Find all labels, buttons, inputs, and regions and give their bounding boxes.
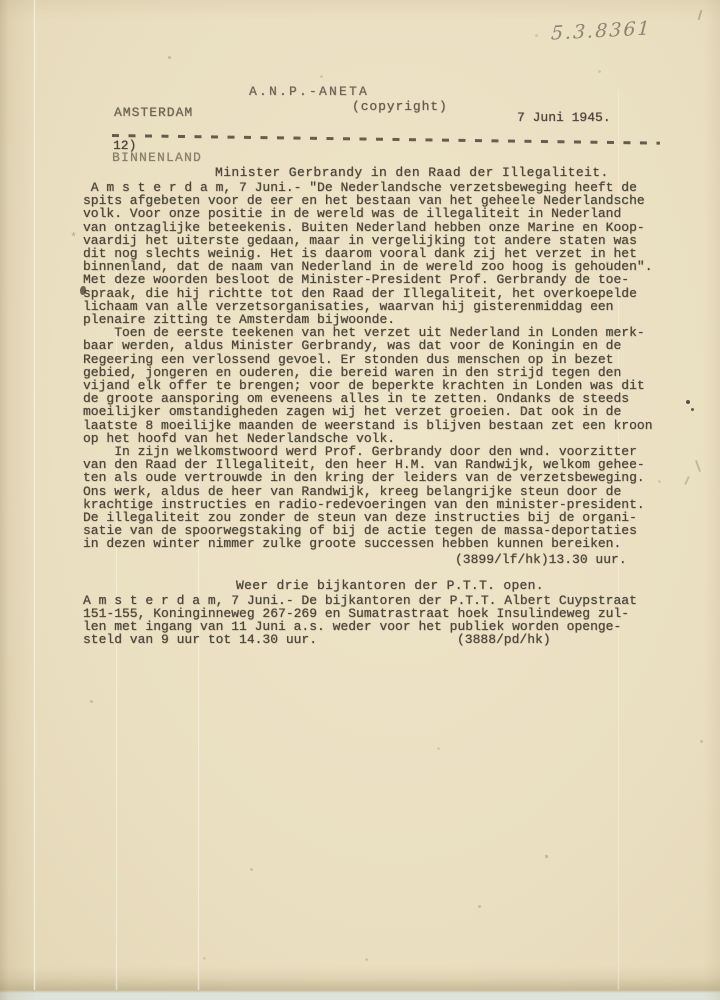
paper-specks	[0, 0, 1, 1]
margin-mark: *	[70, 231, 77, 245]
article-signoff: (3899/lf/hk)13.30 uur.	[455, 553, 627, 566]
typed-dash-separator	[112, 134, 660, 144]
document-page: * 5.3.8361 A.N.P.-ANETA (copyright) AMST…	[0, 0, 720, 1000]
margin-ink-dot	[686, 400, 690, 404]
section-label: BINNENLAND	[112, 151, 202, 164]
pencil-mark	[695, 460, 701, 472]
copyright-line: (copyright)	[352, 100, 448, 113]
article-body: A m s t e r d a m, 7 Juni.- "De Nederlan…	[83, 181, 653, 551]
article-signoff: (3888/pd/hk)	[457, 633, 551, 646]
handwritten-archive-number: 5.3.8361	[550, 17, 652, 44]
article-body: A m s t e r d a m, 7 Juni.- De bijkantor…	[83, 594, 637, 646]
pencil-mark	[684, 476, 690, 485]
dateline-city: AMSTERDAM	[114, 106, 193, 119]
margin-ink-dot	[691, 408, 694, 411]
agency-name: A.N.P.-ANETA	[249, 85, 369, 98]
article-title: Minister Gerbrandy in den Raad der Illeg…	[215, 166, 609, 179]
paper-crease	[33, 0, 36, 990]
article-title: Weer drie bijkantoren der P.T.T. open.	[236, 579, 544, 592]
bulletin-date: 7 Juni 1945.	[517, 111, 611, 124]
pencil-tick	[698, 10, 703, 20]
